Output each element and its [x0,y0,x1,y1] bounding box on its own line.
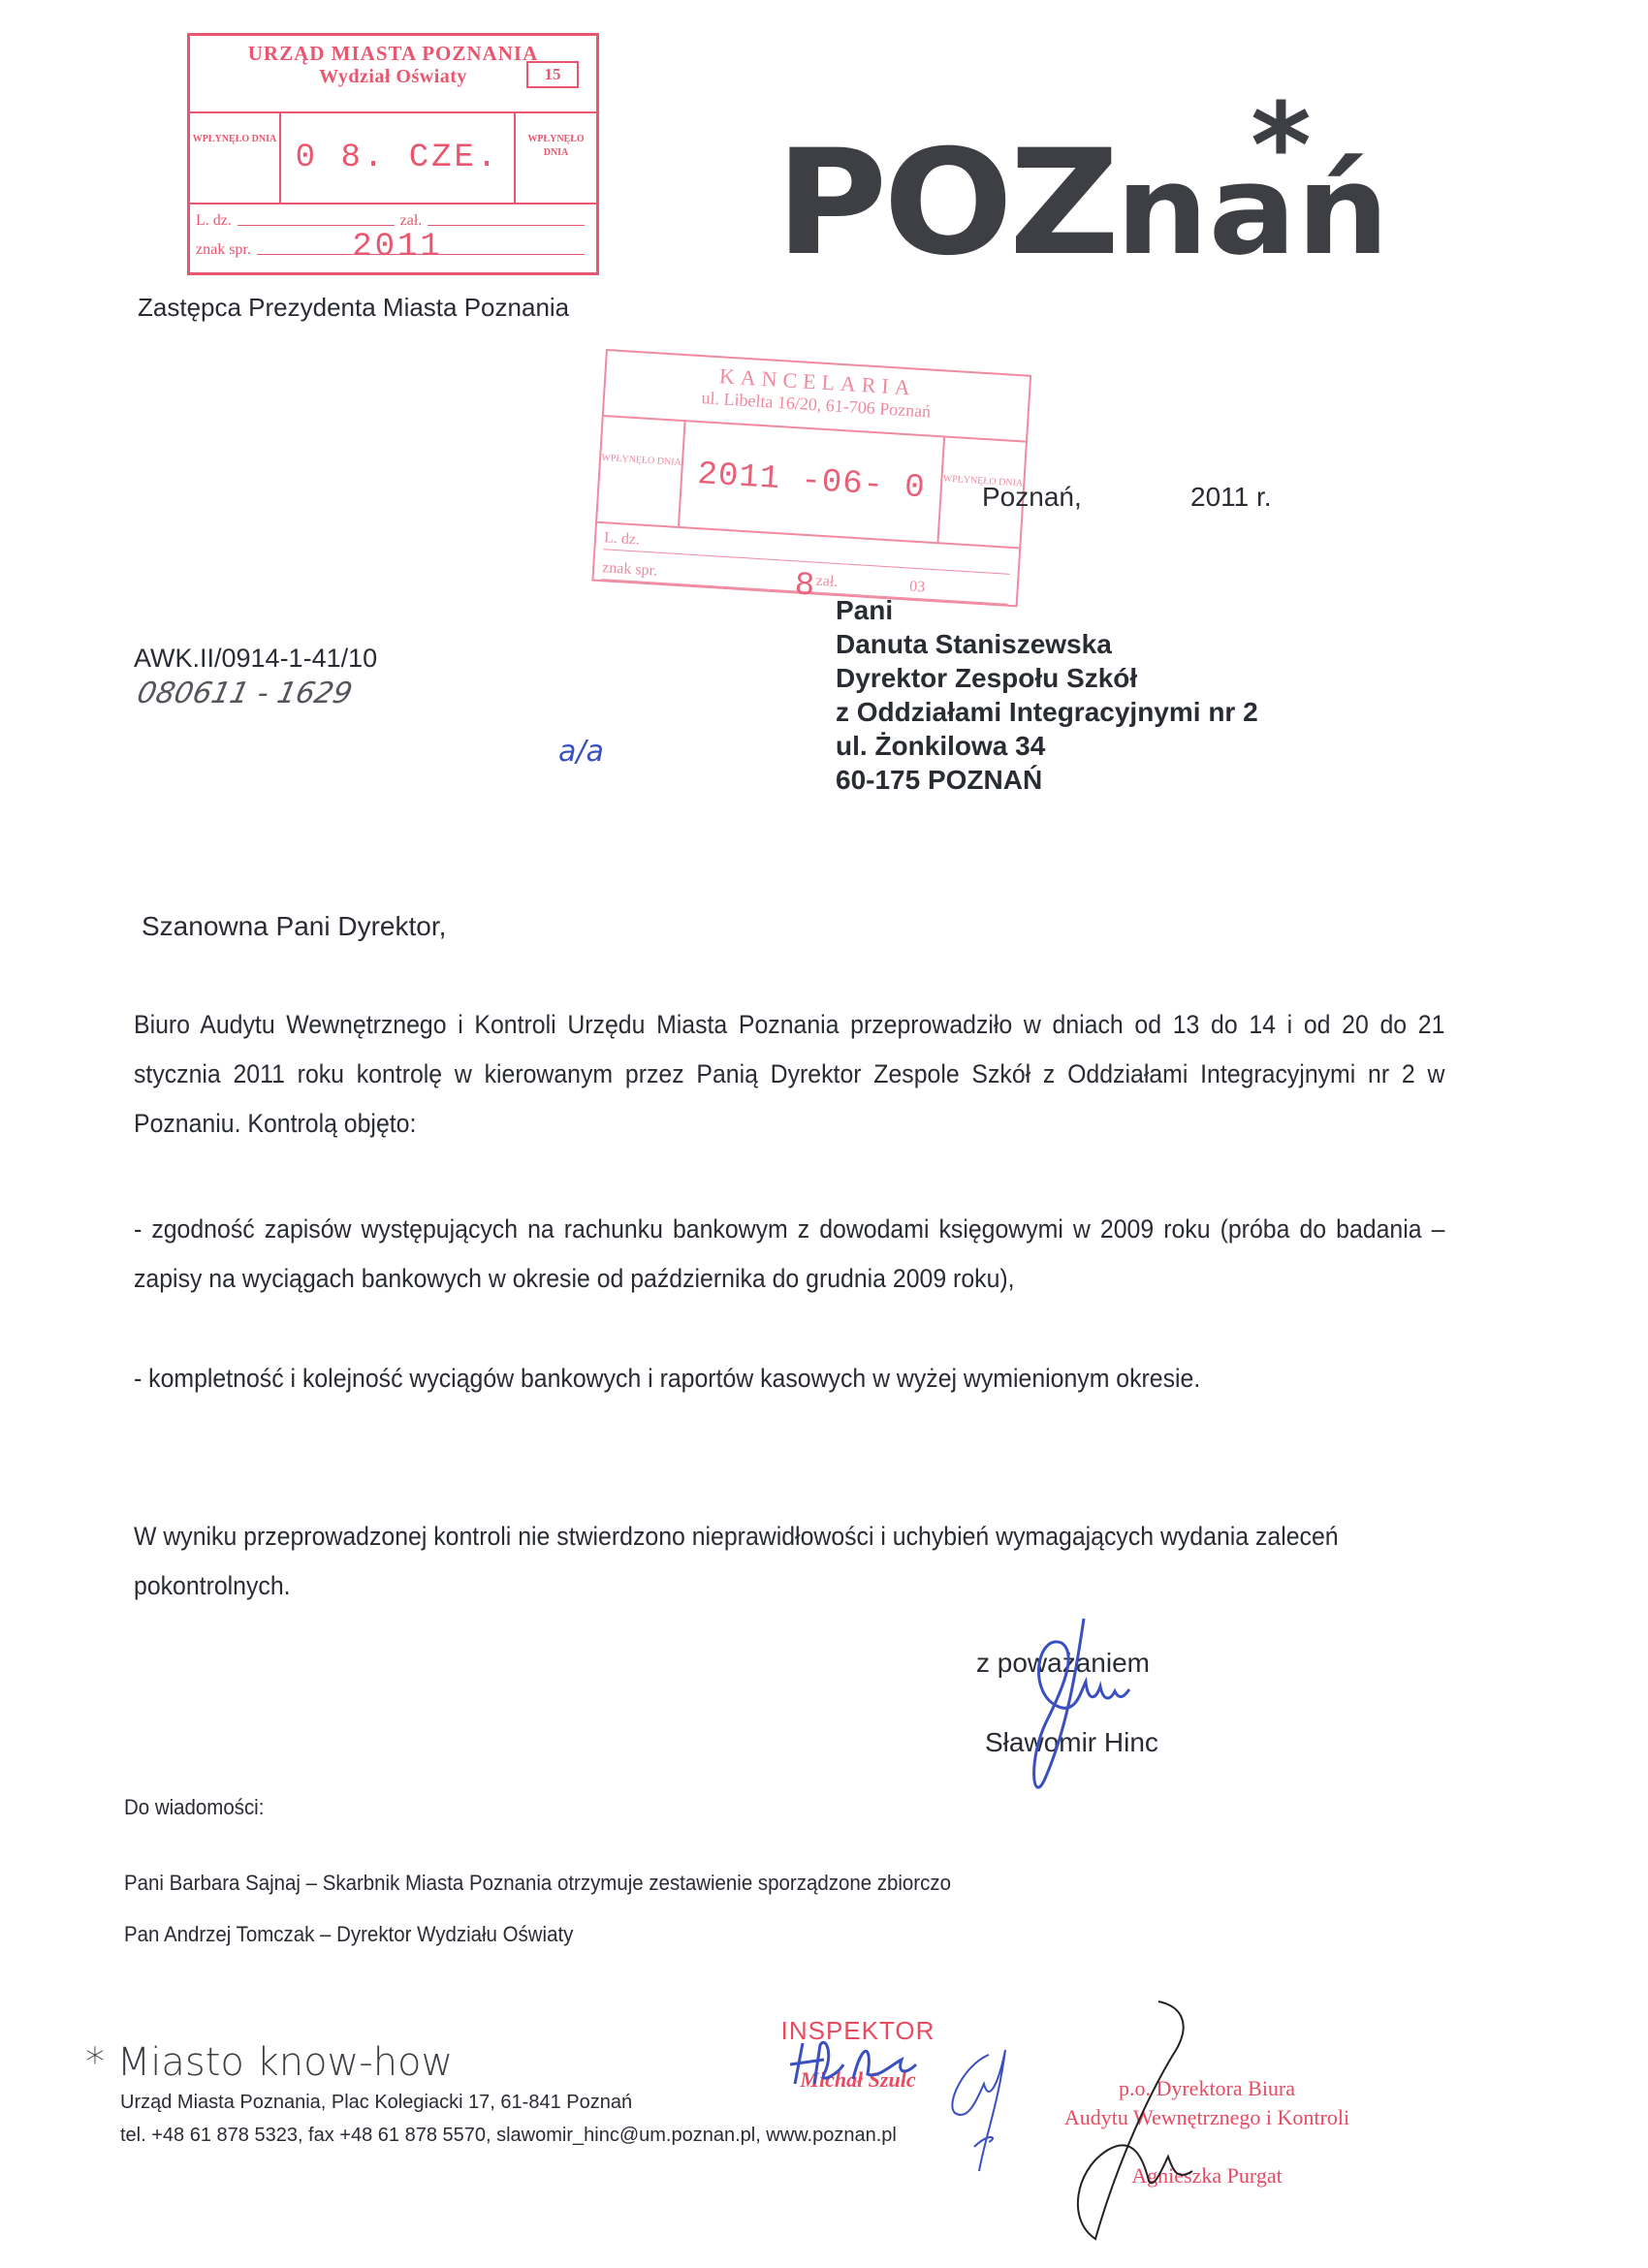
signature-purgat [1057,1997,1270,2249]
logo-star-icon: * [1251,89,1312,205]
kancelaria-stamp: KANCELARIA ul. Libelta 16/20, 61-706 Poz… [591,349,1031,607]
recipient-line: Dyrektor Zespołu Szkół [836,661,1258,695]
paragraph-2: W wyniku przeprowadzonej kontroli nie st… [134,1512,1444,1611]
stamp-ldz-line [238,224,395,226]
stamp-number: 15 [526,61,579,88]
handwritten-registration-number: 080611 - 1629 [134,677,355,710]
stamp-zal-label: zał. [400,212,423,230]
stamp-ldz-label: L. dz. [196,212,232,230]
footer-address: Urząd Miasta Poznania, Plac Kolegiacki 1… [120,2092,632,2114]
sender-title: Zastępca Prezydenta Miasta Poznania [138,293,569,323]
footer-brand: * Miasto know-how [85,2040,453,2085]
salutation: Szanowna Pani Dyrektor, [142,911,446,942]
stamp-date: 0 8. CZE. 2011 [281,113,514,203]
cc-item: Pan Andrzej Tomczak – Dyrektor Wydziału … [124,1922,573,1947]
signature-initials [945,2045,1023,2181]
footer-contact: tel. +48 61 878 5323, fax +48 61 878 557… [120,2125,897,2147]
kancelaria-zal-label: zał. [815,573,839,590]
handwritten-note: a/a [558,735,604,769]
recipient-line: 60-175 POZNAŃ [836,763,1258,797]
footer-brand-text: Miasto know-how [117,2040,454,2085]
kancelaria-ldz-label: L. dz. [604,529,641,548]
recipient-line: z Oddziałami Integracyjnymi nr 2 [836,695,1258,729]
stamp-received-label-left: WPŁYNĘŁO DNIA [190,113,281,203]
bullet-1: - zgodność zapisów występujących na rach… [134,1205,1444,1304]
stamp-znak-line [257,253,585,255]
bullet-2: - kompletność i kolejność wyciągów banko… [134,1354,1444,1403]
recipient-line: Danuta Staniszewska [836,627,1258,661]
paragraph-1: Biuro Audytu Wewnętrznego i Kontroli Urz… [134,1000,1444,1149]
kancelaria-received-left: WPŁYNĘŁO DNIA [597,417,685,526]
date-year: 2011 r. [1190,482,1272,513]
footer-star-icon: * [85,2040,105,2085]
wydzial-oswiaty-stamp: URZĄD MIASTA POZNANIA Wydział Oświaty 15… [187,33,599,275]
place: Poznań, [982,482,1082,513]
signature-szulc [785,2035,940,2094]
cc-item: Pani Barbara Sajnaj – Skarbnik Miasta Po… [124,1871,951,1896]
kancelaria-znak-label: znak spr. [602,559,658,579]
stamp-znak-label: znak spr. [196,241,251,259]
recipient-line: ul. Żonkilowa 34 [836,729,1258,763]
signature-hinc [1028,1614,1163,1798]
cc-label: Do wiadomości: [124,1795,264,1820]
recipient-line: Pani [836,593,1258,627]
logo-main: POZ [776,119,1116,288]
case-number: AWK.II/0914-1-41/10 [134,644,377,674]
stamp-received-label-right: WPŁYNĘŁO DNIA [514,113,596,203]
stamp-zal-line [428,224,585,226]
recipient-address: Pani Danuta Staniszewska Dyrektor Zespoł… [836,593,1258,797]
kancelaria-date: 2011 -06- 0 8 [680,422,943,542]
